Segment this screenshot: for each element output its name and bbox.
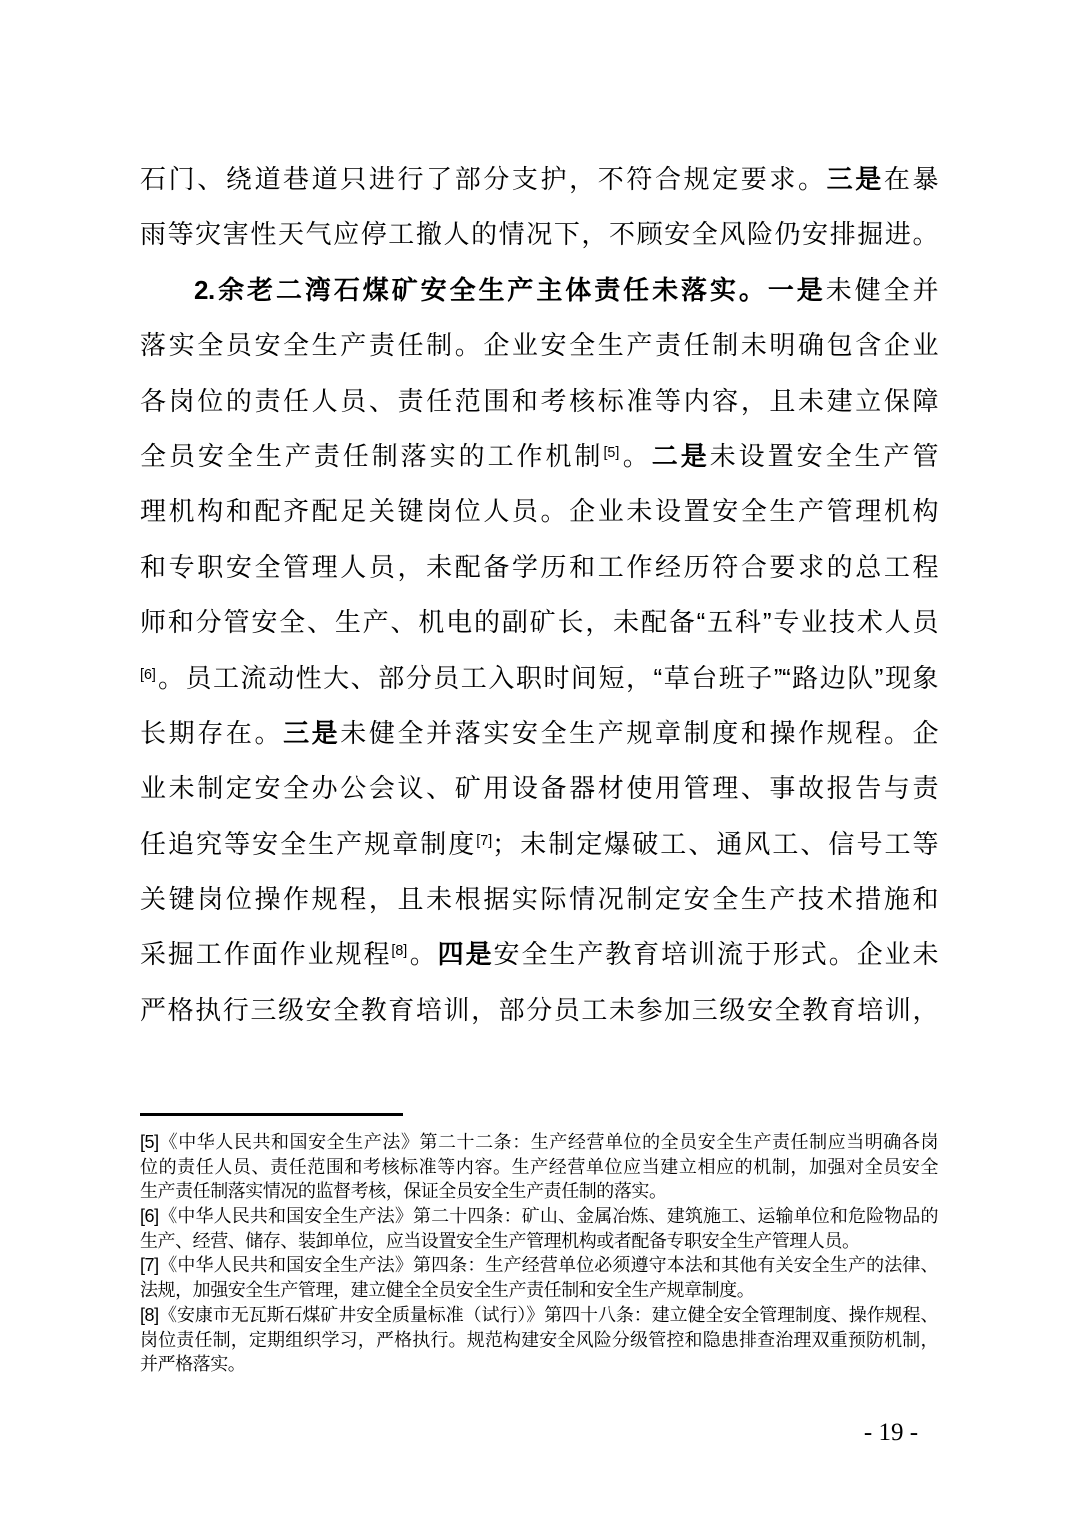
- body-line-15: 采掘工作面作业规程[8]。四是安全生产教育培训流于形式。企业未: [140, 927, 938, 982]
- body-line-7: 理机构和配齐配足关键岗位人员。企业未设置安全生产管理机构: [140, 484, 938, 539]
- text-run: [6]《中华人民共和国安全生产法》第二十四条：矿山、金属冶炼、建筑施工、运输单位…: [140, 1206, 938, 1226]
- text-run: 雨等灾害性天气应停工撤人的情况下，不顾安全风险仍安排掘进。: [140, 219, 938, 249]
- body-line-5: 各岗位的责任人员、责任范围和考核标准等内容，且未建立保障: [140, 374, 938, 429]
- footnote-line-9: 岗位责任制，定期组织学习，严格执行。规范构建安全风险分级管控和隐患排查治理双重预…: [140, 1328, 938, 1353]
- footnote-ref: [6]: [140, 667, 156, 683]
- text-run: 生产、经营、储存、装卸单位，应当设置安全生产管理机构或者配备专职安全生产管理人员…: [140, 1231, 860, 1251]
- body-line-3: 2.余老二湾石煤矿安全生产主体责任未落实。一是未健全并: [140, 263, 938, 318]
- footnote-ref: [7]: [476, 833, 492, 849]
- text-run: 位的责任人员、责任范围和考核标准等内容。生产经营单位应当建立相应的机制，加强对全…: [140, 1157, 938, 1177]
- footnote-line-10: 并严格落实。: [140, 1352, 938, 1377]
- text-run: 长期存在。: [140, 718, 283, 748]
- footnote-line-7: 法规，加强安全生产管理，建立健全全员安全生产责任制和安全生产规章制度。: [140, 1278, 938, 1303]
- text-run: 严格执行三级安全教育培训，部分员工未参加三级安全教育培训，: [140, 995, 938, 1025]
- body-line-16: 严格执行三级安全教育培训，部分员工未参加三级安全教育培训，: [140, 983, 938, 1038]
- footnote-line-8: [8]《安康市无瓦斯石煤矿井安全质量标准（试行）》第四十八条：建立健全安全管理制…: [140, 1303, 938, 1328]
- footnote-line-1: [5]《中华人民共和国安全生产法》第二十二条：生产经营单位的全员安全生产责任制应…: [140, 1130, 938, 1155]
- page-number: - 19 -: [841, 1418, 941, 1448]
- text-run: 石门、绕道巷道只进行了部分支护，不符合规定要求。: [140, 164, 827, 194]
- footnote-line-5: 生产、经营、储存、装卸单位，应当设置安全生产管理机构或者配备专职安全生产管理人员…: [140, 1229, 938, 1254]
- text-run: 任追究等安全生产规章制度: [140, 829, 476, 859]
- text-run: 。: [619, 441, 651, 471]
- body-line-1: 石门、绕道巷道只进行了部分支护，不符合规定要求。三是在暴: [140, 152, 938, 207]
- emphasis-text: 四是: [438, 939, 494, 969]
- emphasis-text: 三是: [827, 164, 884, 194]
- text-run: 各岗位的责任人员、责任范围和考核标准等内容，且未建立保障: [140, 386, 938, 416]
- text-run: 。: [407, 939, 437, 969]
- text-run: 师和分管安全、生产、机电的副矿长，未配备“五科”专业技术人员: [140, 607, 938, 637]
- body-line-4: 落实全员安全生产责任制。企业安全生产责任制未明确包含企业: [140, 318, 938, 373]
- body-line-2: 雨等灾害性天气应停工撤人的情况下，不顾安全风险仍安排掘进。: [140, 207, 938, 262]
- text-run: 未健全并落实安全生产规章制度和操作规程。企: [340, 718, 938, 748]
- text-run: 法规，加强安全生产管理，建立健全全员安全生产责任制和安全生产规章制度。: [140, 1280, 754, 1300]
- text-run: 未健全并: [826, 275, 938, 305]
- body-line-14: 关键岗位操作规程，且未根据实际情况制定安全生产技术措施和: [140, 872, 938, 927]
- body-line-12: 业未制定安全办公会议、矿用设备器材使用管理、事故报告与责: [140, 761, 938, 816]
- footnote-separator: [140, 1113, 403, 1116]
- text-run: 并严格落实。: [140, 1354, 245, 1374]
- text-run: 安全生产教育培训流于形式。企业未: [494, 939, 938, 969]
- text-run: 和专职安全管理人员，未配备学历和工作经历符合要求的总工程: [140, 552, 938, 582]
- text-run: 未设置安全生产管: [710, 441, 938, 471]
- emphasis-text: 二是: [652, 441, 710, 471]
- footnote-ref: [5]: [603, 445, 619, 461]
- body-line-9: 师和分管安全、生产、机电的副矿长，未配备“五科”专业技术人员: [140, 595, 938, 650]
- body-line-10: [6]。员工流动性大、部分员工入职时间短，“草台班子”“路边队”现象: [140, 651, 938, 706]
- text-run: 落实全员安全生产责任制。企业安全生产责任制未明确包含企业: [140, 330, 938, 360]
- footnote-line-4: [6]《中华人民共和国安全生产法》第二十四条：矿山、金属冶炼、建筑施工、运输单位…: [140, 1204, 938, 1229]
- footnotes: [5]《中华人民共和国安全生产法》第二十二条：生产经营单位的全员安全生产责任制应…: [140, 1130, 938, 1377]
- footnote-ref: [8]: [391, 944, 407, 960]
- text-run: 全员安全生产责任制落实的工作机制: [140, 441, 603, 471]
- footnote-line-2: 位的责任人员、责任范围和考核标准等内容。生产经营单位应当建立相应的机制，加强对全…: [140, 1155, 938, 1180]
- footnote-line-3: 生产责任制落实情况的监督考核，保证全员安全生产责任制的落实。: [140, 1179, 938, 1204]
- text-run: 理机构和配齐配足关键岗位人员。企业未设置安全生产管理机构: [140, 496, 938, 526]
- body-line-11: 长期存在。三是未健全并落实安全生产规章制度和操作规程。企: [140, 706, 938, 761]
- text-run: 关键岗位操作规程，且未根据实际情况制定安全生产技术措施和: [140, 884, 938, 914]
- text-run: 采掘工作面作业规程: [140, 939, 391, 969]
- document-page: 石门、绕道巷道只进行了部分支护，不符合规定要求。三是在暴雨等灾害性天气应停工撤人…: [0, 0, 1074, 1518]
- text-run: 在暴: [884, 164, 938, 194]
- footnote-line-6: [7]《中华人民共和国安全生产法》第四条：生产经营单位必须遵守本法和其他有关安全…: [140, 1253, 938, 1278]
- body-line-8: 和专职安全管理人员，未配备学历和工作经历符合要求的总工程: [140, 540, 938, 595]
- text-run: 业未制定安全办公会议、矿用设备器材使用管理、事故报告与责: [140, 773, 938, 803]
- body-text: 石门、绕道巷道只进行了部分支护，不符合规定要求。三是在暴雨等灾害性天气应停工撤人…: [140, 152, 938, 1038]
- text-run: 。员工流动性大、部分员工入职时间短，“草台班子”“路边队”现象: [156, 663, 938, 693]
- text-run: 生产责任制落实情况的监督考核，保证全员安全生产责任制的落实。: [140, 1181, 667, 1201]
- emphasis-text: 三是: [283, 718, 340, 748]
- body-line-13: 任追究等安全生产规章制度[7]；未制定爆破工、通风工、信号工等: [140, 817, 938, 872]
- body-line-6: 全员安全生产责任制落实的工作机制[5]。二是未设置安全生产管: [140, 429, 938, 484]
- text-run: [8]《安康市无瓦斯石煤矿井安全质量标准（试行）》第四十八条：建立健全安全管理制…: [140, 1305, 938, 1325]
- text-run: 岗位责任制，定期组织学习，严格执行。规范构建安全风险分级管控和隐患排查治理双重预…: [140, 1330, 938, 1350]
- emphasis-text: 2.余老二湾石煤矿安全生产主体责任未落实。一是: [194, 275, 826, 305]
- text-run: [5]《中华人民共和国安全生产法》第二十二条：生产经营单位的全员安全生产责任制应…: [140, 1132, 938, 1152]
- text-run: ；未制定爆破工、通风工、信号工等: [492, 829, 938, 859]
- text-run: [7]《中华人民共和国安全生产法》第四条：生产经营单位必须遵守本法和其他有关安全…: [140, 1255, 938, 1275]
